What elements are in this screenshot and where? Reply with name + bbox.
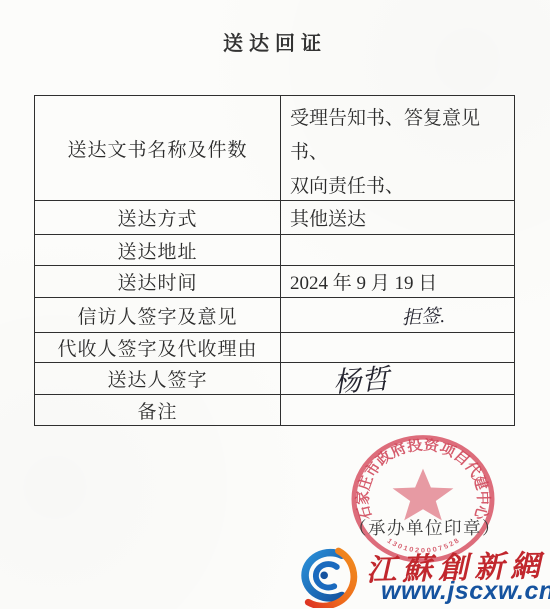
row-label: 备注	[35, 395, 280, 425]
table-row: 送达人签字 杨哲	[35, 362, 514, 394]
document-title: 送达回证	[0, 27, 550, 56]
swirl-logo-icon	[283, 546, 367, 608]
row-value: 拒签.	[280, 298, 514, 332]
row-value: 2024 年 9 月 19 日	[280, 266, 514, 297]
row-value	[280, 395, 514, 425]
row-label: 送达人签字	[35, 363, 280, 394]
row-label: 代收人签字及代收理由	[35, 333, 280, 362]
table-row: 备注	[35, 394, 514, 425]
row-value: 其他送达	[280, 201, 514, 234]
handwritten-refusal-note: 拒签.	[401, 300, 445, 329]
row-value: 杨哲	[280, 363, 514, 394]
row-label: 送达文书名称及件数	[35, 96, 280, 200]
row-label: 送达时间	[35, 266, 280, 297]
row-value	[280, 235, 514, 265]
row-value: 受理告知书、答复意见书、 双向责任书、	[280, 96, 514, 200]
row-label: 信访人签字及意见	[35, 298, 280, 332]
row-label: 送达地址	[35, 235, 280, 265]
table-row: 送达地址	[35, 234, 514, 265]
table-row: 送达时间 2024 年 9 月 19 日	[35, 265, 514, 297]
row-value	[280, 333, 514, 362]
table-row: 送达文书名称及件数 受理告知书、答复意见书、 双向责任书、	[35, 96, 514, 200]
seal-caption: （承办单位印章）	[349, 515, 501, 540]
row-label: 送达方式	[35, 201, 280, 234]
handwritten-signature: 杨哲	[332, 357, 391, 401]
seal-star-icon	[393, 469, 454, 521]
table-row: 代收人签字及代收理由	[35, 332, 514, 362]
table-row: 信访人签字及意见 拒签.	[35, 297, 514, 332]
delivery-receipt-table: 送达文书名称及件数 受理告知书、答复意见书、 双向责任书、 送达方式 其他送达 …	[34, 95, 515, 426]
document-names-line-1: 受理告知书、答复意见书、	[290, 102, 505, 170]
table-row: 送达方式 其他送达	[35, 200, 514, 234]
watermark-site-url: www.jscxw.cn	[381, 577, 550, 606]
document-names-line-2: 双向责任书、	[290, 170, 404, 204]
